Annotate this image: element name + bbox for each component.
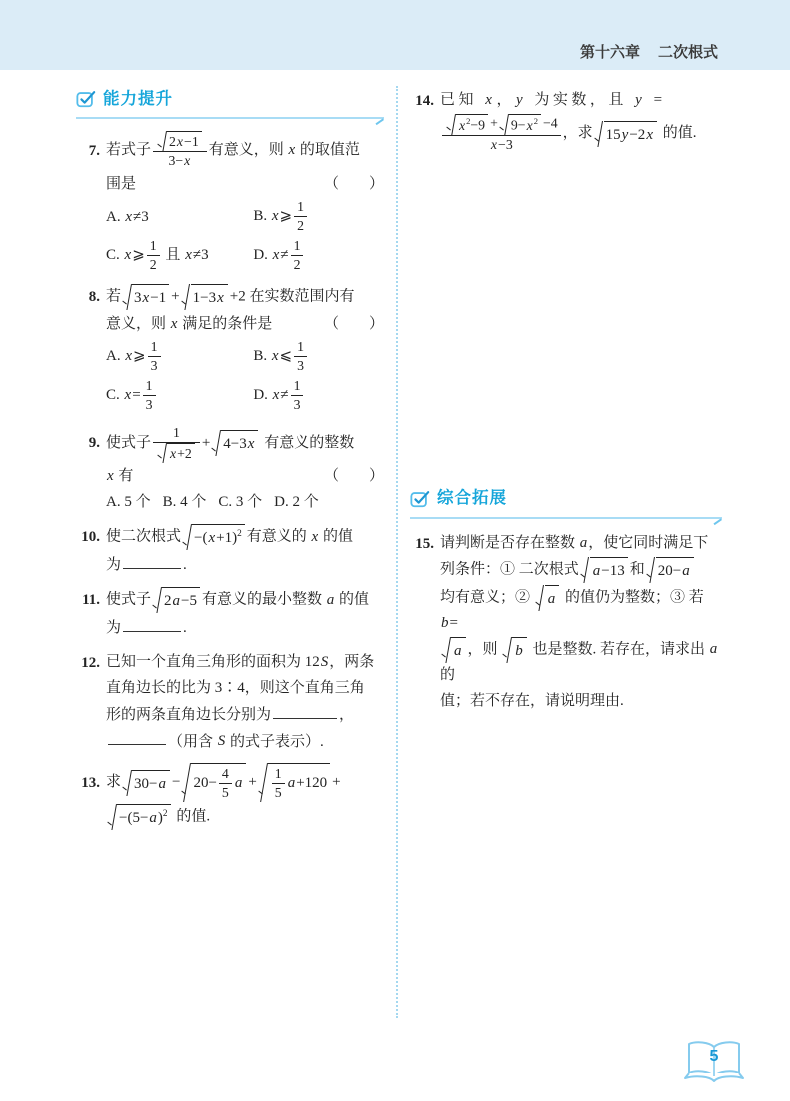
choice-option: B. x⩽13 (253, 338, 384, 375)
problem-line: C. x=13D. x≠13 (106, 377, 384, 414)
math-variable: a (682, 563, 690, 579)
problem: 10.使二次根式−(x+1)2有意义的 x 的值为. (76, 524, 384, 577)
problem-number: 11. (76, 588, 100, 612)
sqrt-expression: x2−9 (447, 114, 488, 135)
math-variable: a (158, 776, 166, 792)
sqrt-expression: 1−3x (182, 284, 228, 310)
problem-line: x 有（ ） (106, 464, 384, 488)
fraction-denominator: x−3 (442, 136, 561, 154)
math-variable: x (107, 468, 114, 484)
answer-blank (123, 615, 181, 632)
sqrt-expression: 20−a (647, 557, 694, 583)
problem-line: 列条件：① 二次根式a−13和20−a (440, 557, 722, 583)
fraction: 1x+2 (153, 424, 200, 463)
fraction-denominator: 3 (291, 396, 304, 414)
fraction-numerator: 1 (272, 765, 285, 784)
problem-text: 意义，则 x 满足的条件是 (106, 312, 272, 336)
radicand: −(5−a)2 (117, 804, 171, 830)
radicand: 20−a (656, 557, 694, 583)
problem-line: a，则 b 也是整数. 若存在，请求出 a 的 (440, 637, 722, 687)
problem-line: C. x⩾12 且 x≠3D. x≠12 (106, 237, 384, 274)
sqrt-expression: 30−a (123, 770, 170, 796)
answer-blank (273, 702, 337, 719)
radicand: a−13 (590, 557, 628, 583)
math-variable: x (184, 153, 190, 168)
answer-blank (123, 552, 181, 569)
fraction-numerator: 1 (148, 338, 161, 357)
fraction: 13 (148, 338, 161, 375)
math-variable: a (288, 775, 296, 791)
radicand: 1−3x (191, 284, 228, 310)
math-variable: S (218, 733, 226, 749)
problem-line: 围是（ ） (106, 172, 384, 196)
problem-line: A. x≠3B. x⩾12 (106, 198, 384, 235)
sqrt-expression: 9−x2 (500, 114, 541, 135)
fraction-denominator: x+2 (153, 443, 200, 463)
problem-text: 围是 (106, 172, 136, 196)
problem-line: −(5−a)2 的值. (106, 804, 384, 830)
math-variable: x (208, 530, 215, 546)
choice-option: A. x≠3 (106, 205, 253, 229)
sqrt-expression: −(5−a)2 (108, 804, 171, 830)
problem-line: 使式子1x+2+4−3x 有意义的整数 (106, 424, 384, 463)
fraction-numerator: 1 (291, 377, 304, 396)
math-variable: x (273, 247, 280, 263)
radical-sign-icon (500, 114, 509, 135)
fraction: 15 (272, 765, 285, 802)
sqrt-expression: 2x−1 (158, 131, 202, 151)
math-variable: x (273, 387, 280, 403)
choice-option: D. x≠13 (253, 377, 384, 414)
fraction-denominator: 5 (272, 784, 285, 802)
fraction-denominator: 2 (294, 217, 307, 235)
radicand: a (451, 637, 466, 663)
problem-line: 若3x−1+1−3x+2 在实数范围内有 (106, 284, 384, 310)
radical-sign-icon (647, 557, 656, 583)
fraction: 13 (291, 377, 304, 414)
fraction: 13 (143, 377, 156, 414)
column-divider (396, 86, 398, 1018)
radical-sign-icon (536, 585, 545, 611)
fraction-denominator: 2 (147, 256, 160, 274)
math-variable: x (217, 290, 224, 306)
problem-line: 已知一个直角三角形的面积为 12S，两条 (106, 650, 384, 674)
radical-sign-icon (158, 443, 167, 463)
math-variable: x (646, 127, 653, 143)
radical-sign-icon (158, 131, 167, 151)
math-variable: x (125, 247, 132, 263)
choice-option: D. x≠12 (253, 237, 384, 274)
fraction: 13 (294, 338, 307, 375)
radical-sign-icon (182, 284, 191, 310)
radical-sign-icon (595, 121, 604, 147)
choice-option: C. x=13 (106, 377, 253, 414)
fraction-numerator: 1 (294, 198, 307, 217)
section-title: 能力提升 (103, 86, 173, 112)
math-variable: x (459, 118, 465, 133)
radicand: 4−3x (221, 430, 258, 456)
sqrt-expression: 2a−5 (153, 587, 200, 613)
problem-number: 7. (76, 139, 100, 163)
math-variable: x (143, 290, 150, 306)
problem-number: 8. (76, 285, 100, 309)
radical-sign-icon (503, 637, 512, 663)
sqrt-expression: a (442, 637, 466, 663)
problem: 11.使式子2a−5有意义的最小整数 a 的值为. (76, 587, 384, 640)
fraction-numerator: 1 (147, 237, 160, 256)
math-superscript: 2 (237, 529, 242, 539)
math-superscript: 2 (534, 116, 538, 126)
problem-line: A. x⩾13B. x⩽13 (106, 338, 384, 375)
radical-sign-icon (183, 524, 192, 550)
right-column: 14.已知 x，y 为实数，且 y =x2−9+9−x2−4x−3，求15y−2… (410, 86, 722, 723)
radicand: 2a−5 (162, 587, 200, 613)
fraction-numerator: x2−9+9−x2−4 (442, 114, 561, 136)
problem-text: x 有 (106, 464, 133, 488)
math-variable: x (272, 348, 279, 364)
problem-line: 意义，则 x 满足的条件是（ ） (106, 312, 384, 336)
math-superscript: 2 (466, 116, 470, 126)
sqrt-expression: 15y−2x (595, 121, 657, 147)
choice-option: A. x⩾13 (106, 338, 253, 375)
fraction-numerator: 1 (143, 377, 156, 396)
radical-sign-icon (212, 430, 221, 456)
fraction: 12 (147, 237, 160, 274)
problem: 13.求30−a−20−45a+15a+120+−(5−a)2 的值. (76, 763, 384, 830)
page-book-icon: 5 (682, 1037, 746, 1087)
problem: 7.若式子2x−13−x有意义，则 x 的取值范围是（ ）A. x≠3B. x⩾… (76, 131, 384, 274)
radical-sign-icon (259, 763, 268, 802)
problem: 12.已知一个直角三角形的面积为 12S，两条直角边长的比为 3∶4，则这个直角… (76, 650, 384, 754)
math-variable: y (635, 92, 645, 108)
math-variable: x (248, 436, 255, 452)
math-variable: y (516, 92, 526, 108)
math-variable: x (125, 209, 132, 225)
math-variable: x (125, 387, 132, 403)
math-variable: a (710, 641, 718, 657)
chapter-title: 二次根式 (658, 44, 718, 61)
radicand: 2x−1 (167, 131, 202, 151)
column-spacer (410, 163, 722, 485)
choice-option: C. x⩾12 且 x≠3 (106, 237, 253, 274)
fraction-denominator: 2 (291, 256, 304, 274)
problem-line: 形的两条直角边长分别为， (106, 702, 384, 727)
choice-option: B. x⩾12 (253, 198, 384, 235)
problem-line: 直角边长的比为 3∶4，则这个直角三角 (106, 676, 384, 700)
math-variable: x (170, 446, 176, 461)
sqrt-expression: x+2 (158, 443, 195, 463)
fraction-denominator: 3−x (153, 152, 207, 170)
radical-sign-icon (123, 284, 132, 310)
math-variable: x (171, 316, 178, 332)
sqrt-expression: 3x−1 (123, 284, 169, 310)
math-variable: b (515, 643, 523, 659)
choice-paren: （ ） (324, 464, 384, 488)
radical-sign-icon (182, 763, 191, 802)
math-variable: a (593, 563, 601, 579)
section-checkbox-icon (410, 489, 430, 509)
problem-number: 10. (76, 525, 100, 549)
problem-line: 若式子2x−13−x有意义，则 x 的取值范 (106, 131, 384, 170)
section-title: 综合拓展 (437, 485, 507, 511)
section-checkbox-icon (76, 89, 96, 109)
radicand: 9−x2 (509, 114, 541, 135)
math-variable: b (441, 615, 449, 631)
radical-sign-icon (108, 804, 117, 830)
math-variable: a (235, 775, 243, 791)
fraction: 12 (294, 198, 307, 235)
fraction-denominator: 3 (294, 357, 307, 375)
math-variable: a (580, 535, 588, 551)
fraction: 2x−13−x (153, 131, 207, 170)
chapter-header-band: 第十六章二次根式 (0, 0, 790, 70)
problem-number: 14. (410, 89, 434, 113)
problem-line: 为. (106, 615, 384, 640)
fraction-numerator: 1 (294, 338, 307, 357)
radicand: −(x+1)2 (192, 524, 245, 550)
math-variable: x (125, 348, 132, 364)
radicand: a (545, 585, 560, 611)
math-variable: x (185, 247, 192, 263)
problem-line: 已知 x，y 为实数，且 y = (440, 88, 722, 112)
problem: 8.若3x−1+1−3x+2 在实数范围内有意义，则 x 满足的条件是（ ）A.… (76, 284, 384, 414)
problem: 14.已知 x，y 为实数，且 y =x2−9+9−x2−4x−3，求15y−2… (410, 88, 722, 153)
problem-line: 值；若不存在，请说明理由. (440, 689, 722, 713)
math-variable: x (312, 529, 319, 545)
problem-number: 9. (76, 431, 100, 455)
problem: 15.请判断是否存在整数 a，使它同时满足下列条件：① 二次根式a−13和20−… (410, 531, 722, 713)
math-variable: a (454, 643, 462, 659)
math-variable: a (327, 592, 335, 608)
section-header: 能力提升 (76, 86, 384, 119)
math-superscript: 2 (163, 809, 168, 819)
radicand: b (512, 637, 527, 663)
radicand: x2−9 (456, 114, 488, 135)
fraction: x2−9+9−x2−4x−3 (442, 114, 561, 153)
math-variable: x (527, 118, 533, 133)
problem-line: 为. (106, 552, 384, 577)
sqrt-expression: 15a+120 (259, 763, 330, 802)
sqrt-expression: 20−45a (182, 763, 246, 802)
math-variable: y (622, 127, 629, 143)
math-variable: S (321, 654, 329, 670)
radical-sign-icon (123, 770, 132, 796)
problem-number: 13. (76, 771, 100, 795)
math-variable: x (272, 208, 279, 224)
chapter-label: 第十六章 (580, 44, 640, 61)
page-number: 5 (682, 1048, 746, 1066)
problem-number: 12. (76, 651, 100, 675)
radicand: x+2 (167, 443, 195, 463)
math-variable: x (177, 134, 183, 149)
problem-number: 15. (410, 532, 434, 556)
problem-line: 使二次根式−(x+1)2有意义的 x 的值 (106, 524, 384, 550)
problem-line: 使式子2a−5有意义的最小整数 a 的值 (106, 587, 384, 613)
problem-line: 求30−a−20−45a+15a+120+ (106, 763, 384, 802)
sqrt-expression: a (536, 585, 560, 611)
radical-sign-icon (447, 114, 456, 135)
math-variable: a (173, 593, 181, 609)
problem-line: x2−9+9−x2−4x−3，求15y−2x 的值. (440, 114, 722, 153)
section-header: 综合拓展 (410, 485, 722, 518)
sqrt-expression: b (503, 637, 527, 663)
radicand: 15y−2x (604, 121, 657, 147)
radical-sign-icon (153, 587, 162, 613)
math-variable: x (289, 142, 296, 158)
math-variable: x (491, 137, 497, 152)
left-column: 能力提升7.若式子2x−13−x有意义，则 x 的取值范围是（ ）A. x≠3B… (76, 86, 384, 840)
problem-line: 请判断是否存在整数 a，使它同时满足下 (440, 531, 722, 555)
answer-blank (108, 729, 166, 746)
fraction-denominator: 5 (219, 784, 232, 802)
radical-sign-icon (442, 637, 451, 663)
fraction-numerator: 1 (291, 237, 304, 256)
choice-paren: （ ） (324, 172, 384, 196)
fraction: 45 (219, 765, 232, 802)
fraction-numerator: 1 (153, 424, 200, 443)
problem: 9.使式子1x+2+4−3x 有意义的整数x 有（ ）A. 5 个B. 4 个C… (76, 424, 384, 515)
fraction: 12 (291, 237, 304, 274)
chapter-header: 第十六章二次根式 (580, 41, 718, 62)
problem-line: A. 5 个B. 4 个C. 3 个D. 2 个 (106, 490, 384, 514)
math-variable: a (149, 810, 157, 826)
fraction-denominator: 3 (148, 357, 161, 375)
sqrt-expression: 4−3x (212, 430, 258, 456)
sqrt-expression: a−13 (581, 557, 628, 583)
fraction-denominator: 3 (143, 396, 156, 414)
fraction-numerator: 2x−1 (153, 131, 207, 152)
radicand: 20−45a (191, 763, 246, 802)
choice-paren: （ ） (324, 312, 384, 336)
problem-line: （用含 S 的式子表示）. (106, 729, 384, 754)
radicand: 15a+120 (268, 763, 330, 802)
math-variable: x (485, 92, 495, 108)
radical-sign-icon (581, 557, 590, 583)
fraction-numerator: 4 (219, 765, 232, 784)
radicand: 30−a (132, 770, 170, 796)
math-variable: a (548, 591, 556, 607)
workbook-page: 第十六章二次根式 能力提升7.若式子2x−13−x有意义，则 x 的取值范围是（… (0, 0, 790, 1101)
problem-line: 均有意义；② a 的值仍为整数；③ 若 b= (440, 585, 722, 635)
radicand: 3x−1 (132, 284, 169, 310)
sqrt-expression: −(x+1)2 (183, 524, 245, 550)
